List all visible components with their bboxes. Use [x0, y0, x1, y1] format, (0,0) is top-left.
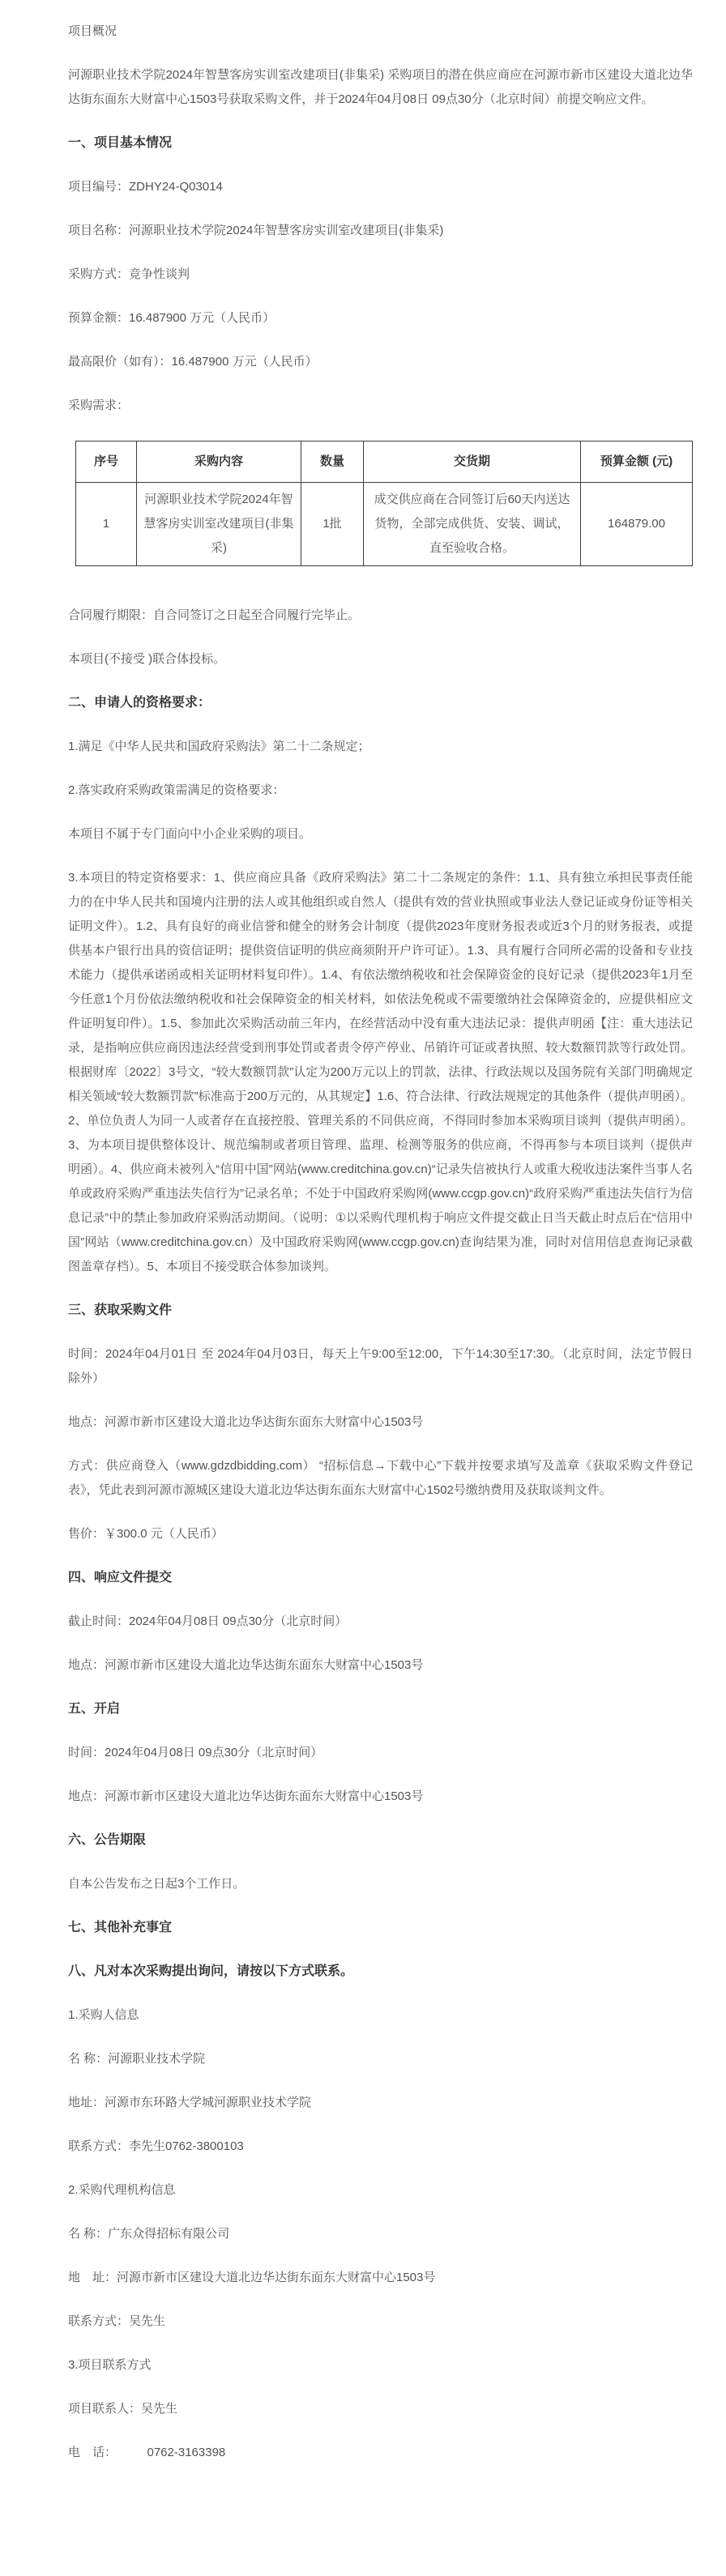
notice-period: 自本公告发布之日起3个工作日。	[68, 1872, 693, 1896]
sme-note: 本项目不属于专门面向中小企业采购的项目。	[68, 822, 693, 847]
section-8-heading: 八、凡对本次采购提出询问，请按以下方式联系。	[68, 1960, 693, 1984]
budget-amount: 预算金额：16.487900 万元（人民币）	[68, 306, 693, 331]
qualification-2: 2.落实政府采购政策需满足的资格要求：	[68, 778, 693, 803]
agency-info-label: 2.采购代理机构信息	[68, 2178, 693, 2203]
purchaser-info-label: 1.采购人信息	[68, 2003, 693, 2028]
intro-paragraph: 河源职业技术学院2024年智慧客房实训室改建项目(非集采) 采购项目的潜在供应商…	[68, 63, 693, 112]
procurement-notice-document: 项目概况河源职业技术学院2024年智慧客房实训室改建项目(非集采) 采购项目的潜…	[0, 19, 726, 2518]
table-header-row: 序号采购内容数量交货期预算金额 (元)	[76, 441, 693, 483]
purchaser-contact: 联系方式：李先生0762-3800103	[68, 2135, 693, 2159]
contract-period: 合同履行期限：自合同签订之日起至合同履行完毕止。	[68, 603, 693, 628]
project-number: 项目编号：ZDHY24-Q03014	[68, 175, 693, 199]
submit-location: 地点：河源市新市区建设大道北边华达街东面东大财富中心1503号	[68, 1653, 693, 1678]
max-price: 最高限价（如有）：16.487900 万元（人民币）	[68, 350, 693, 374]
agency-name: 名 称：广东众得招标有限公司	[68, 2222, 693, 2246]
section-7-heading: 七、其他补充事宜	[68, 1916, 693, 1940]
procurement-table: 序号采购内容数量交货期预算金额 (元)1河源职业技术学院2024年智慧客房实训室…	[75, 441, 693, 566]
table-cell: 河源职业技术学院2024年智慧客房实训室改建项目(非集采)	[137, 483, 301, 566]
table-header-cell: 数量	[301, 441, 364, 483]
section-6-heading: 六、公告期限	[68, 1828, 693, 1853]
document-body: 项目概况河源职业技术学院2024年智慧客房实训室改建项目(非集采) 采购项目的潜…	[68, 19, 693, 2465]
table-header-cell: 序号	[76, 441, 137, 483]
open-time: 时间：2024年04月08日 09点30分（北京时间）	[68, 1741, 693, 1765]
qualification-1: 1.满足《中华人民共和国政府采购法》第二十二条规定；	[68, 735, 693, 759]
consortium-note: 本项目(不接受 )联合体投标。	[68, 647, 693, 672]
procurement-demand-label: 采购需求：	[68, 394, 693, 418]
page-title: 项目概况	[68, 19, 693, 44]
open-location: 地点：河源市新市区建设大道北边华达街东面东大财富中心1503号	[68, 1785, 693, 1809]
section-5-heading: 五、开启	[68, 1697, 693, 1721]
submit-deadline: 截止时间：2024年04月08日 09点30分（北京时间）	[68, 1610, 693, 1634]
project-name: 项目名称：河源职业技术学院2024年智慧客房实训室改建项目(非集采)	[68, 219, 693, 243]
table-header-cell: 预算金额 (元)	[581, 441, 693, 483]
section-2-heading: 二、申请人的资格要求：	[68, 691, 693, 715]
purchaser-name: 名 称：河源职业技术学院	[68, 2047, 693, 2071]
purchaser-address: 地址：河源市东环路大学城河源职业技术学院	[68, 2091, 693, 2115]
procurement-method: 采购方式：竞争性谈判	[68, 262, 693, 287]
project-contact-person: 项目联系人：吴先生	[68, 2397, 693, 2421]
table-row: 1河源职业技术学院2024年智慧客房实训室改建项目(非集采)1批成交供应商在合同…	[76, 483, 693, 566]
doc-location: 地点：河源市新市区建设大道北边华达街东面东大财富中心1503号	[68, 1410, 693, 1435]
table-header-cell: 交货期	[364, 441, 581, 483]
agency-address: 地 址：河源市新市区建设大道北边华达街东面东大财富中心1503号	[68, 2266, 693, 2290]
doc-method: 方式：供应商登入（www.gdzdbidding.com） “招标信息→下载中心…	[68, 1454, 693, 1503]
table-cell: 1批	[301, 483, 364, 566]
agency-contact: 联系方式：吴先生	[68, 2309, 693, 2334]
doc-time: 时间：2024年04月01日 至 2024年04月03日，每天上午9:00至12…	[68, 1342, 693, 1391]
section-3-heading: 三、获取采购文件	[68, 1299, 693, 1323]
doc-price: 售价：￥300.0 元（人民币）	[68, 1522, 693, 1546]
table-cell: 成交供应商在合同签订后60天内送达货物，全部完成供货、安装、调试，直至验收合格。	[364, 483, 581, 566]
qualification-3: 3.本项目的特定资格要求：1、供应商应具备《政府采购法》第二十二条规定的条件：1…	[68, 866, 693, 1279]
table-header-cell: 采购内容	[137, 441, 301, 483]
section-4-heading: 四、响应文件提交	[68, 1566, 693, 1590]
project-contact-phone: 电 话： 0762-3163398	[68, 2441, 693, 2465]
section-1-heading: 一、项目基本情况	[68, 131, 693, 156]
table-cell: 164879.00	[581, 483, 693, 566]
table-cell: 1	[76, 483, 137, 566]
project-contact-label: 3.项目联系方式	[68, 2353, 693, 2378]
